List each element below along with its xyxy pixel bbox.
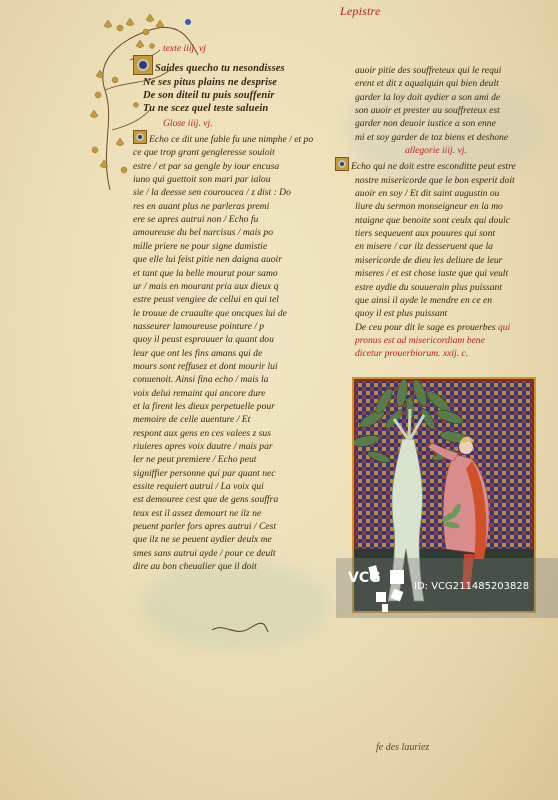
text-line: misericorde de dieu les deliure de leur [355, 254, 547, 267]
text-line: riuieres apres voix dautre / mais par [133, 440, 318, 453]
text-line: De ceu pour dit le sage es prouerbes qui [355, 321, 547, 334]
text-line: quoy il peust esprouuer la quant dou [133, 333, 318, 346]
text-line: conuenoit. Ainsi fina echo / mais la [133, 373, 318, 386]
text-line: Echo ce dit une fable fu une nimphe / et… [133, 130, 318, 146]
rubric-glose: Glose iiij. vj. [163, 118, 213, 129]
text-line: estre aydie du souuerain plus puissant [355, 281, 547, 294]
text-line: et tant que la belle mourut pour samo [133, 267, 318, 280]
text-line: nostre misericorde que le bon esperit do… [355, 174, 547, 187]
left-text-column: texte iiij. vj Saides quecho tu nesondis… [133, 42, 318, 573]
text-line: et la firent les dieux perpetuelle pour [133, 400, 318, 413]
text-line: essite requiert autrui / La voix qui [133, 480, 318, 493]
text-line: signiffier personne qui par quant nec [133, 467, 318, 480]
text-line: sie / la deesse sen couroucea / z dist :… [133, 186, 318, 199]
text-line: auoir pitie des souffreteux qui le requi [355, 64, 547, 77]
text-line: auoir en soy / Et dit saint augustin ou [355, 187, 547, 200]
closing-rubric: pronus est ad misericordiam bene [355, 334, 547, 347]
running-head: Lepistre [340, 4, 381, 19]
text-line: son auoir et prester au souffreteux est [355, 104, 547, 117]
text-line: estre peust vengiee de cellui en qui tel [133, 293, 318, 306]
verse-line: Ne ses pitus plains ne desprise [133, 76, 318, 89]
rubric-allegorie: allegorie iiij. vj. [405, 145, 467, 156]
text-line: amoureuse du bel narcisus / mais po [133, 226, 318, 239]
text-line: liure du sermon monseigneur en la mo [355, 200, 547, 213]
text-line: voix delui remaint qui ancore dure [133, 387, 318, 400]
vcg-watermark: VCG ID: VCG211485203828 [336, 558, 558, 618]
text-line: respont aux gens en ces valees z sus [133, 427, 318, 440]
text-line: teux est il assez demourt ne ilz ne [133, 507, 318, 520]
closing-rubric: dicetur prouerbiorum. xxij. c. [355, 347, 547, 360]
text-line: tiers sequeuent aux pouures qui sont [355, 227, 547, 240]
rubric-texte: texte iiij. vj [163, 43, 206, 54]
text-line: le trouue de cruaulte que oncques lui de [133, 307, 318, 320]
text-line: miseres / et est chose iuste que qui veu… [355, 267, 547, 280]
text-line: peuent parler fors apres autrui / Cest [133, 520, 318, 533]
text-line: est demouree cest que de gens souffra [133, 493, 318, 506]
text-line: ntaigne que benoite sont ceulx qui doulc [355, 214, 547, 227]
text-line: garder la loy doit aydier a son ami de [355, 91, 547, 104]
text-line: que ainsi il ayde le mendre en ce en [355, 294, 547, 307]
text-line: quoy il est plus puissant [355, 307, 547, 320]
text-line: leur que ont les fins amans qui de [133, 347, 318, 360]
text-line: dire au bon cheualier que il doit [133, 560, 318, 573]
watermark-logo-icon [366, 564, 410, 612]
text-line: que elle lui feist pitie nen daigna auoi… [133, 253, 318, 266]
text-line: garder non deuoir iustice a son enne [355, 117, 547, 130]
text-line: nasseurer lamoureuse pointure / p [133, 320, 318, 333]
text-line: Echo qui ne doit estre esconditte peut e… [335, 157, 547, 173]
text-line: que ilz ne se peuent aydier deulx me [133, 533, 318, 546]
right-text-column: auoir pitie des souffreteux qui le requi… [355, 64, 547, 361]
illuminated-initial [335, 157, 349, 171]
text-line: mours sont reffusez et dont mourir lui [133, 360, 318, 373]
text-line: ere se apres autrui non / Echo fu [133, 213, 318, 226]
marginal-note: fe des lauriez [376, 742, 429, 753]
text-line: en misere / car ilz desseruent que la [355, 240, 547, 253]
text-line: ur / mais en mourant pria aux dieux q [133, 280, 318, 293]
text-line: memoire de celle auenture / Et [133, 413, 318, 426]
text-line: estre / et par sa gengle by iour encusa [133, 160, 318, 173]
text-line: erent et dit z aqualquin qui bien deult [355, 77, 547, 90]
text-line: smes sans autrui ayde / pour ce deult [133, 547, 318, 560]
text-line: mi et soy garder de toz biens et deshone [355, 131, 547, 144]
verse-line: Tu ne scez quel teste saluein [133, 102, 318, 115]
text-line: ce que trop grant gengleresse souloit [133, 146, 318, 159]
closing-rubric: qui [498, 322, 510, 333]
pen-flourish [210, 620, 270, 640]
text-line: iuno qui guettoit son mari par ialou [133, 173, 318, 186]
verse-line: De son diteil tu puis souffenir [133, 89, 318, 102]
text-line: res en auant plus ne parleras premi [133, 200, 318, 213]
text-line: ler ne peut premiere / Echo peut [133, 453, 318, 466]
verse-line: Saides quecho tu nesondisses [133, 55, 318, 75]
watermark-id: ID: VCG211485203828 [414, 581, 529, 592]
illuminated-initial [133, 55, 153, 75]
verse-block: Saides quecho tu nesondisses Ne ses pitu… [133, 55, 318, 115]
text-line: mille priere ne pour signe damistie [133, 240, 318, 253]
glose-text-block: Echo ce dit une fable fu une nimphe / et… [133, 130, 318, 573]
illuminated-initial [133, 130, 147, 144]
